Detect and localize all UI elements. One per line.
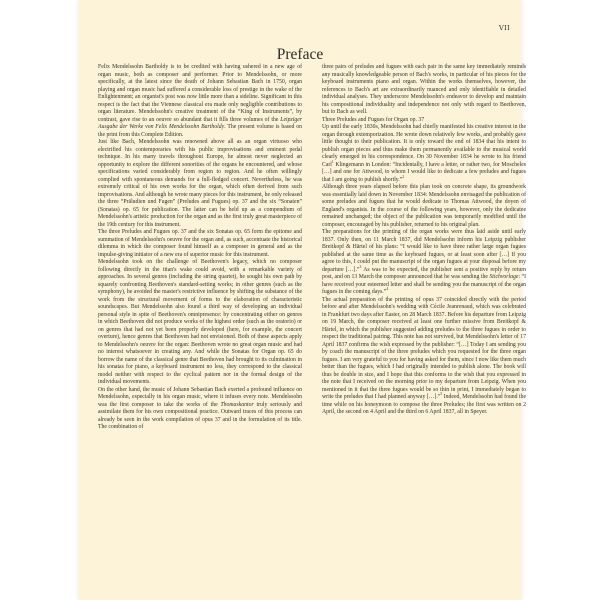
paragraph: Up until the early 1830s, Mendelssohn ha… [322, 124, 526, 184]
section-heading: Three Preludes and Fugues for Organ op. … [322, 117, 526, 125]
italic-text: Stichvorlage [489, 274, 518, 280]
footnote-marker: 2 [402, 175, 404, 179]
text-run: The three Preludes and Fugues op. 37 and… [98, 229, 302, 258]
paragraph: Felix Mendelssohn Bartholdy is to be cre… [98, 64, 302, 139]
text-run: Mendelssohn took on the challenge of Bee… [98, 259, 302, 385]
italic-text: Thomaskantor [220, 402, 253, 408]
paragraph: The preparations for the printing of the… [322, 229, 526, 297]
right-column: three pairs of preludes and fugues with … [322, 64, 526, 417]
paragraph: The three Preludes and Fugues op. 37 and… [98, 229, 302, 259]
document-page: VII Preface Felix Mendelssohn Bartholdy … [79, 0, 521, 600]
text-run: Felix Mendelssohn Bartholdy is to be cre… [98, 64, 302, 123]
text-run: three pairs of preludes and fugues with … [322, 64, 526, 115]
text-run: Just like Bach, Mendelssohn was renowned… [98, 139, 302, 228]
text-run: Although three years elapsed before this… [322, 184, 526, 228]
paragraph: The actual preparation of the printing o… [322, 297, 526, 417]
left-column: Felix Mendelssohn Bartholdy is to be cre… [98, 64, 302, 432]
page-number: VII [499, 24, 510, 32]
paragraph: On the other hand, the music of Johann S… [98, 387, 302, 432]
page-title: Preface [79, 46, 521, 64]
paragraph: Although three years elapsed before this… [322, 184, 526, 229]
text-run: Three Preludes and Fugues for Organ op. … [322, 117, 424, 123]
paragraph: three pairs of preludes and fugues with … [322, 64, 526, 117]
paragraph: Just like Bach, Mendelssohn was renowned… [98, 139, 302, 229]
text-run: Klingemann in London: “Incidentally, I h… [322, 162, 526, 183]
paragraph: Mendelssohn took on the challenge of Bee… [98, 259, 302, 387]
text-run: The actual preparation of the printing o… [322, 297, 526, 401]
footnote-marker: 4 [386, 287, 388, 291]
